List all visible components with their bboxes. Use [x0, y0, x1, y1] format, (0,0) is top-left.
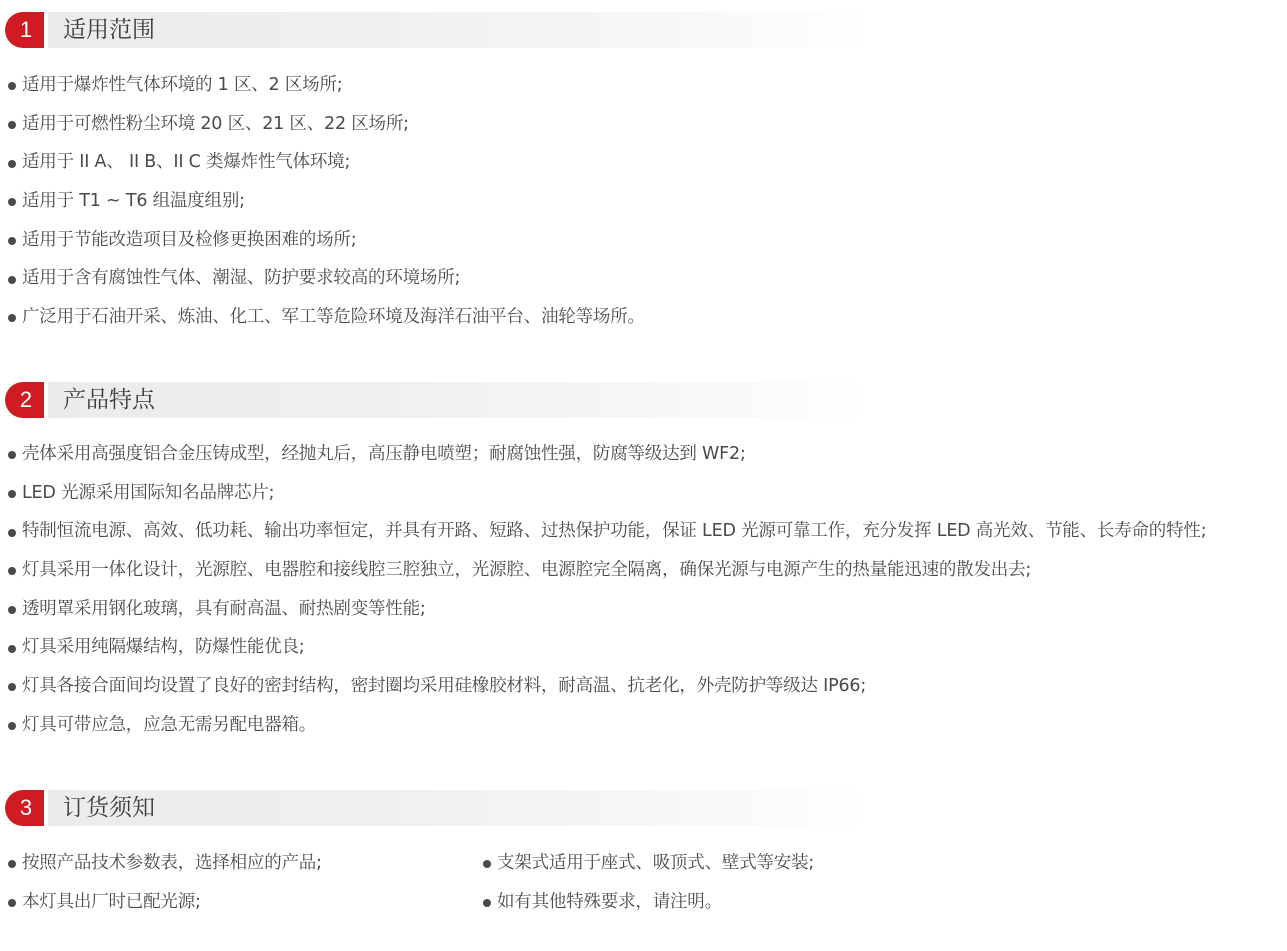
list-item: 适用于可燃性粉尘环境 20 区、21 区、22 区场所;	[0, 105, 645, 144]
section-ordering: 3 订货须知 按照产品技术参数表，选择相应的产品; 本灯具出厂时已配光源; 支架…	[0, 790, 1287, 826]
scope-list: 适用于爆炸性气体环境的 1 区、2 区场所; 适用于可燃性粉尘环境 20 区、2…	[0, 66, 645, 337]
list-item: 适用于含有腐蚀性气体、潮湿、防护要求较高的环境场所;	[0, 259, 645, 298]
list-item: LED 光源采用国际知名品牌芯片;	[0, 474, 1206, 513]
list-item: 灯具各接合面间均设置了良好的密封结构，密封圈均采用硅橡胶材料，耐高温、抗老化，外…	[0, 667, 1206, 706]
section-title: 订货须知	[63, 790, 155, 826]
list-item: 特制恒流电源、高效、低功耗、输出功率恒定，并具有开路、短路、过热保护功能，保证 …	[0, 512, 1206, 551]
section-header: 3 订货须知	[0, 790, 1287, 826]
header-bar	[48, 12, 870, 48]
list-item: 适用于节能改造项目及检修更换困难的场所;	[0, 221, 645, 260]
list-item: 壳体采用高强度铝合金压铸成型，经抛丸后，高压静电喷塑；耐腐蚀性强，防腐等级达到 …	[0, 435, 1206, 474]
list-item: 适用于爆炸性气体环境的 1 区、2 区场所;	[0, 66, 645, 105]
ordering-list-left: 按照产品技术参数表，选择相应的产品; 本灯具出厂时已配光源;	[0, 844, 322, 921]
header-bar	[48, 790, 870, 826]
features-list: 壳体采用高强度铝合金压铸成型，经抛丸后，高压静电喷塑；耐腐蚀性强，防腐等级达到 …	[0, 435, 1206, 745]
section-scope: 1 适用范围 适用于爆炸性气体环境的 1 区、2 区场所; 适用于可燃性粉尘环境…	[0, 12, 1287, 48]
section-title: 产品特点	[63, 382, 155, 418]
section-number-badge: 2	[5, 382, 44, 418]
list-item: 广泛用于石油开采、炼油、化工、军工等危险环境及海洋石油平台、油轮等场所。	[0, 298, 645, 337]
list-item: 透明罩采用钢化玻璃，具有耐高温、耐热剧变等性能;	[0, 590, 1206, 629]
list-item: 按照产品技术参数表，选择相应的产品;	[0, 844, 322, 883]
section-number-badge: 1	[5, 12, 44, 48]
list-item: 灯具采用一体化设计，光源腔、电器腔和接线腔三腔独立，光源腔、电源腔完全隔离，确保…	[0, 551, 1206, 590]
section-header: 1 适用范围	[0, 12, 1287, 48]
list-item: 如有其他特殊要求，请注明。	[475, 883, 814, 922]
section-number-badge: 3	[5, 790, 44, 826]
list-item: 适用于 II A、 II B、II C 类爆炸性气体环境;	[0, 143, 645, 182]
header-bar	[48, 382, 870, 418]
ordering-list-right: 支架式适用于座式、吸顶式、壁式等安装; 如有其他特殊要求，请注明。	[475, 844, 814, 921]
section-header: 2 产品特点	[0, 382, 1287, 418]
section-title: 适用范围	[63, 12, 155, 48]
list-item: 本灯具出厂时已配光源;	[0, 883, 322, 922]
list-item: 适用于 T1 ~ T6 组温度组别;	[0, 182, 645, 221]
section-features: 2 产品特点 壳体采用高强度铝合金压铸成型，经抛丸后，高压静电喷塑；耐腐蚀性强，…	[0, 382, 1287, 418]
list-item: 灯具采用纯隔爆结构，防爆性能优良;	[0, 628, 1206, 667]
list-item: 灯具可带应急，应急无需另配电器箱。	[0, 706, 1206, 745]
list-item: 支架式适用于座式、吸顶式、壁式等安装;	[475, 844, 814, 883]
